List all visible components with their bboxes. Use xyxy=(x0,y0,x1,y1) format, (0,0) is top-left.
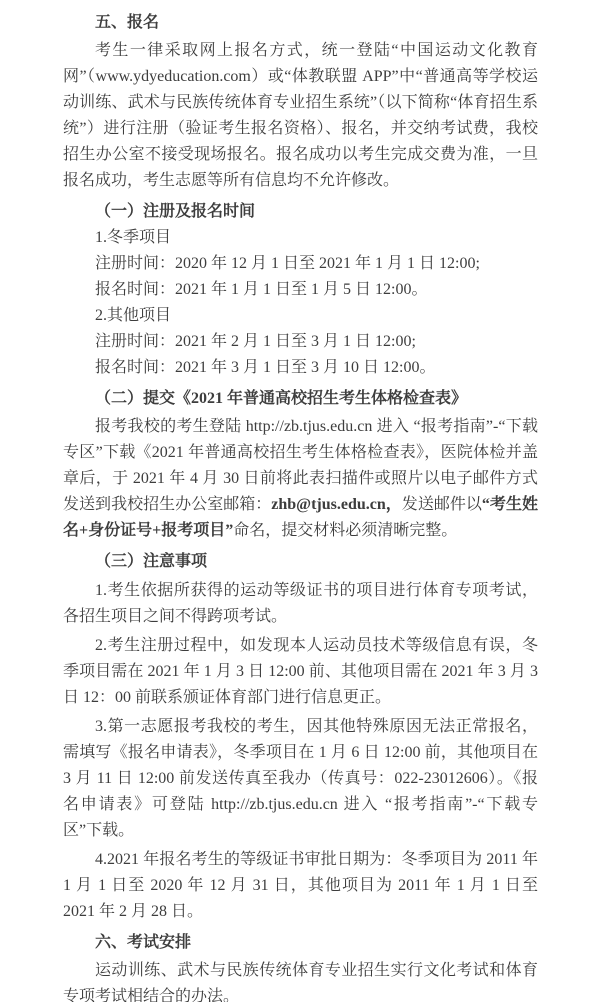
sub-section-2-heading: （二）提交《2021 年普通高校招生考生体格检查表》 xyxy=(63,386,538,412)
email-naming-closing-segment: 命名，提交材料必须清晰完整。 xyxy=(233,522,457,539)
section-6-heading: 六、考试安排 xyxy=(63,930,538,956)
section-5-heading: 五、报名 xyxy=(63,10,538,36)
other-signup-time: 报名时间：2021 年 3 月 1 日至 3 月 10 日 12:00。 xyxy=(63,355,538,381)
section-5-intro-paragraph: 考生一律采取网上报名方式，统一登陆“中国运动文化教育网”（www.ydyeduc… xyxy=(63,38,538,194)
document-page: 五、报名 考生一律采取网上报名方式，统一登陆“中国运动文化教育网”（www.yd… xyxy=(0,0,600,1002)
notice-item-1: 1.考生依据所获得的运动等级证书的项目进行体育专项考试，各招生项目之间不得跨项考… xyxy=(63,578,538,630)
notice-item-3: 3.第一志愿报考我校的考生，因其他特殊原因无法正常报名，需填写《报名申请表》，冬… xyxy=(63,714,538,844)
admissions-email-address: zhb@tjus.edu.cn， xyxy=(271,496,402,513)
winter-signup-time: 报名时间：2021 年 1 月 1 日至 1 月 5 日 12:00。 xyxy=(63,277,538,303)
other-registration-time: 注册时间：2021 年 2 月 1 日至 3 月 1 日 12:00; xyxy=(63,329,538,355)
sub-section-1-heading: （一）注册及报名时间 xyxy=(63,199,538,225)
other-program-label: 2.其他项目 xyxy=(63,303,538,329)
sub-section-3-heading: （三）注意事项 xyxy=(63,549,538,575)
email-naming-intro-segment: 发送邮件以 xyxy=(402,496,482,513)
winter-program-label: 1.冬季项目 xyxy=(63,225,538,251)
winter-registration-time: 注册时间：2020 年 12 月 1 日至 2021 年 1 月 1 日 12:… xyxy=(63,251,538,277)
notice-item-4: 4.2021 年报名考生的等级证书审批日期为：冬季项目为 2011 年 1 月 … xyxy=(63,847,538,925)
notice-item-2: 2.考生注册过程中，如发现本人运动员技术等级信息有误，冬季项目需在 2021 年… xyxy=(63,633,538,711)
physical-exam-form-paragraph: 报考我校的考生登陆 http://zb.tjus.edu.cn 进入 “报考指南… xyxy=(63,414,538,544)
section-6-paragraph: 运动训练、武术与民族传统体育专业招生实行文化考试和体育专项考试相结合的办法。 xyxy=(63,958,538,1002)
